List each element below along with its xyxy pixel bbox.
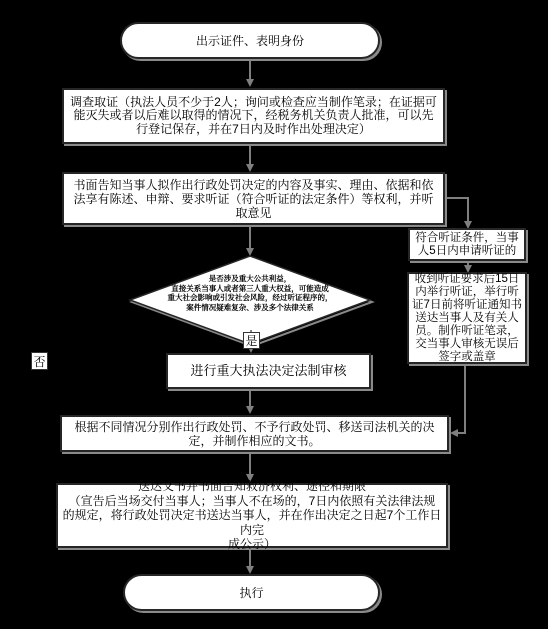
arrowhead-investigate	[246, 79, 254, 87]
decide-node: 根据不同情况分别作出行政处罚、不予行政处罚、移送司法机关的决定，并制作相应的文书…	[60, 415, 449, 452]
no-text: 否	[33, 353, 45, 370]
execute-label: 执行	[239, 586, 263, 600]
line-hearing-process-to-decide	[454, 364, 465, 433]
flowchart-canvas: 出示证件、表明身份 调查取证（执法人员不少于2人；询问或检查应当制作笔录；在证据…	[0, 0, 548, 629]
yes-branch-label: 是	[243, 332, 260, 349]
hearing-process-node: 收到听证要求后15日内举行听证，举行听证7日前将听证通知书送达当事人及有关人员。…	[407, 272, 527, 364]
hearing-process-label: 收到听证要求后15日内举行听证，举行听证7日前将听证通知书送达当事人及有关人员。…	[411, 273, 523, 364]
deliver-line-2: （宣告后当场交付当事人；当事人不在场的，7日内依照有关法律法规	[69, 494, 436, 509]
notify-node: 书面告知当事人拟作出行政处罚决定的内容及事实、理由、依据和依法享有陈述、申辩、要…	[62, 172, 445, 225]
diamond-line-4: 案件情况疑难复杂、涉及多个法律关系	[186, 303, 314, 313]
deliver-line-3: 的规定，将行政处罚决定书送达当事人，并在作出决定之日起7个工作日内完	[62, 508, 442, 537]
execute-node: 执行	[123, 574, 380, 611]
start-node: 出示证件、表明身份	[120, 22, 380, 59]
hearing-condition-label: 符合听证条件，当事人5日内申请听证的	[412, 232, 522, 258]
legal-review-label: 进行重大执法决定法制审核	[190, 364, 346, 378]
deliver-line-4: 成公示）	[228, 537, 276, 552]
arrowhead-decide-right	[450, 429, 458, 437]
line-notify-to-hearing-condition	[445, 198, 468, 222]
decide-label: 根据不同情况分别作出行政处罚、不予行政处罚、移送司法机关的决定，并制作相应的文书…	[66, 420, 443, 448]
yes-text: 是	[245, 332, 257, 349]
diamond-line-3: 重大社会影响或引发社会风险，经过听证程序的，	[168, 293, 333, 303]
arrowhead-decide	[246, 406, 254, 414]
arrowhead-notify	[246, 164, 254, 172]
deliver-node: 送达文书并书面告知救济权利、途径和期限 （宣告后当场交付当事人；当事人不在场的，…	[56, 483, 448, 548]
start-label: 出示证件、表明身份	[196, 34, 304, 48]
notify-label: 书面告知当事人拟作出行政处罚决定的内容及事实、理由、依据和依法享有陈述、申辩、要…	[68, 178, 439, 220]
decision-diamond-text: 是否涉及重大公共利益， 直接关系当事人或者第三人重大权益，可能造成 重大社会影响…	[140, 267, 360, 319]
arrowhead-diamond	[246, 248, 254, 256]
investigate-node: 调查取证（执法人员不少于2人；询问或检查应当制作笔录；在证据可能灭失或者以后难以…	[62, 88, 445, 144]
deliver-line-1: 送达文书并书面告知救济权利、途径和期限	[138, 479, 366, 494]
hearing-condition-node: 符合听证条件，当事人5日内申请听证的	[408, 228, 526, 261]
legal-review-node: 进行重大执法决定法制审核	[166, 353, 371, 389]
investigate-label: 调查取证（执法人员不少于2人；询问或检查应当制作笔录；在证据可能灭失或者以后难以…	[68, 96, 439, 137]
diamond-line-2: 直接关系当事人或者第三人重大权益，可能造成	[171, 284, 329, 294]
arrowhead-execute	[246, 566, 254, 574]
no-branch-label: 否	[31, 352, 48, 370]
diamond-line-1: 是否涉及重大公共利益，	[209, 274, 292, 284]
